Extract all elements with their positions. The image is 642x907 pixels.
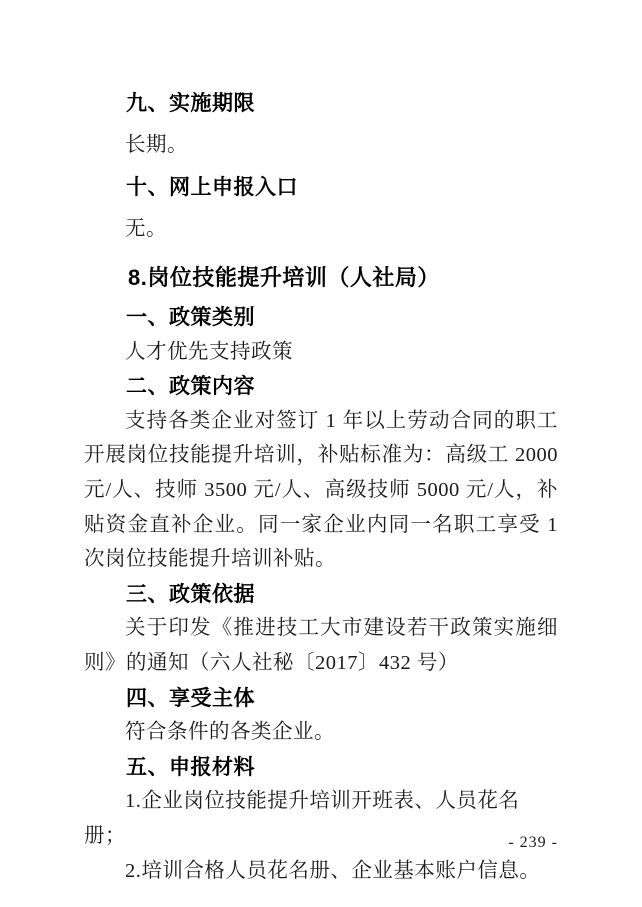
heading-policy-basis: 三、政策依据 [84, 577, 558, 612]
heading-policy-content: 二、政策内容 [84, 369, 558, 404]
paragraph-policy-content: 支持各类企业对签订 1 年以上劳动合同的职工开展岗位技能提升培训，补贴标准为：高… [84, 404, 558, 577]
doc-title-post-skill-training: 8.岗位技能提升培训（人社局） [84, 256, 558, 300]
body-policy-category: 人才优先支持政策 [84, 335, 558, 370]
body-implementation-period: 长期。 [84, 124, 558, 166]
body-beneficiaries: 符合条件的各类企业。 [84, 715, 558, 750]
document-content: 九、实施期限 长期。 十、网上申报入口 无。 8.岗位技能提升培训（人社局） 一… [84, 0, 558, 888]
paragraph-policy-basis: 关于印发《推进技工大市建设若干政策实施细则》的通知（六人社秘〔2017〕432 … [84, 611, 558, 680]
body-online-application-entry: 无。 [84, 208, 558, 250]
heading-application-materials: 五、申报材料 [84, 750, 558, 785]
heading-beneficiaries: 四、享受主体 [84, 681, 558, 716]
heading-policy-category: 一、政策类别 [84, 300, 558, 335]
list-item-material-1: 1.企业岗位技能提升培训开班表、人员花名册； [84, 784, 558, 853]
heading-implementation-period: 九、实施期限 [84, 82, 558, 124]
list-item-material-2: 2.培训合格人员花名册、企业基本账户信息。 [84, 854, 558, 889]
page-number: - 239 - [508, 834, 558, 852]
heading-online-application-entry: 十、网上申报入口 [84, 166, 558, 208]
document-page: 九、实施期限 长期。 十、网上申报入口 无。 8.岗位技能提升培训（人社局） 一… [0, 0, 642, 907]
